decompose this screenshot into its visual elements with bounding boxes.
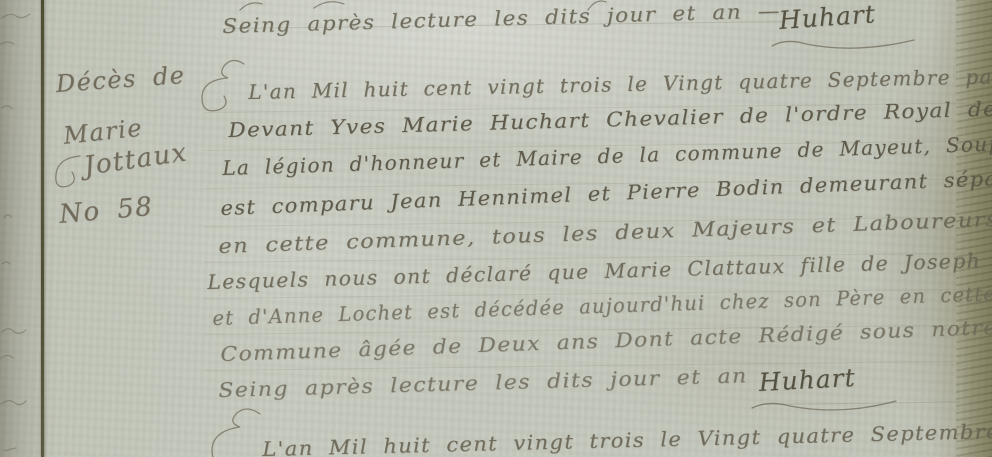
- previous-signature: Huhart: [778, 0, 877, 35]
- act-signature-underline: [748, 398, 898, 414]
- bleedthrough-marks: [0, 6, 38, 451]
- margin-flourish: [52, 150, 86, 200]
- margin-rule-line: [41, 0, 44, 457]
- manuscript-page: Décès de Marie Jottaux No 58 Seing après…: [0, 0, 992, 457]
- opening-flourish: [200, 58, 252, 114]
- act-line-text: L'an Mil huit cent vingt trois le Vingt …: [248, 64, 992, 104]
- act-line: L'an Mil huit cent vingt trois le Vingt …: [248, 64, 992, 104]
- act-signature: Huhart: [758, 363, 856, 397]
- previous-signature-underline: [768, 36, 918, 52]
- next-act-opening-line: L'an Mil huit cent vingt trois le Vingt …: [262, 419, 992, 457]
- margin-death-label: Décès de: [55, 61, 186, 98]
